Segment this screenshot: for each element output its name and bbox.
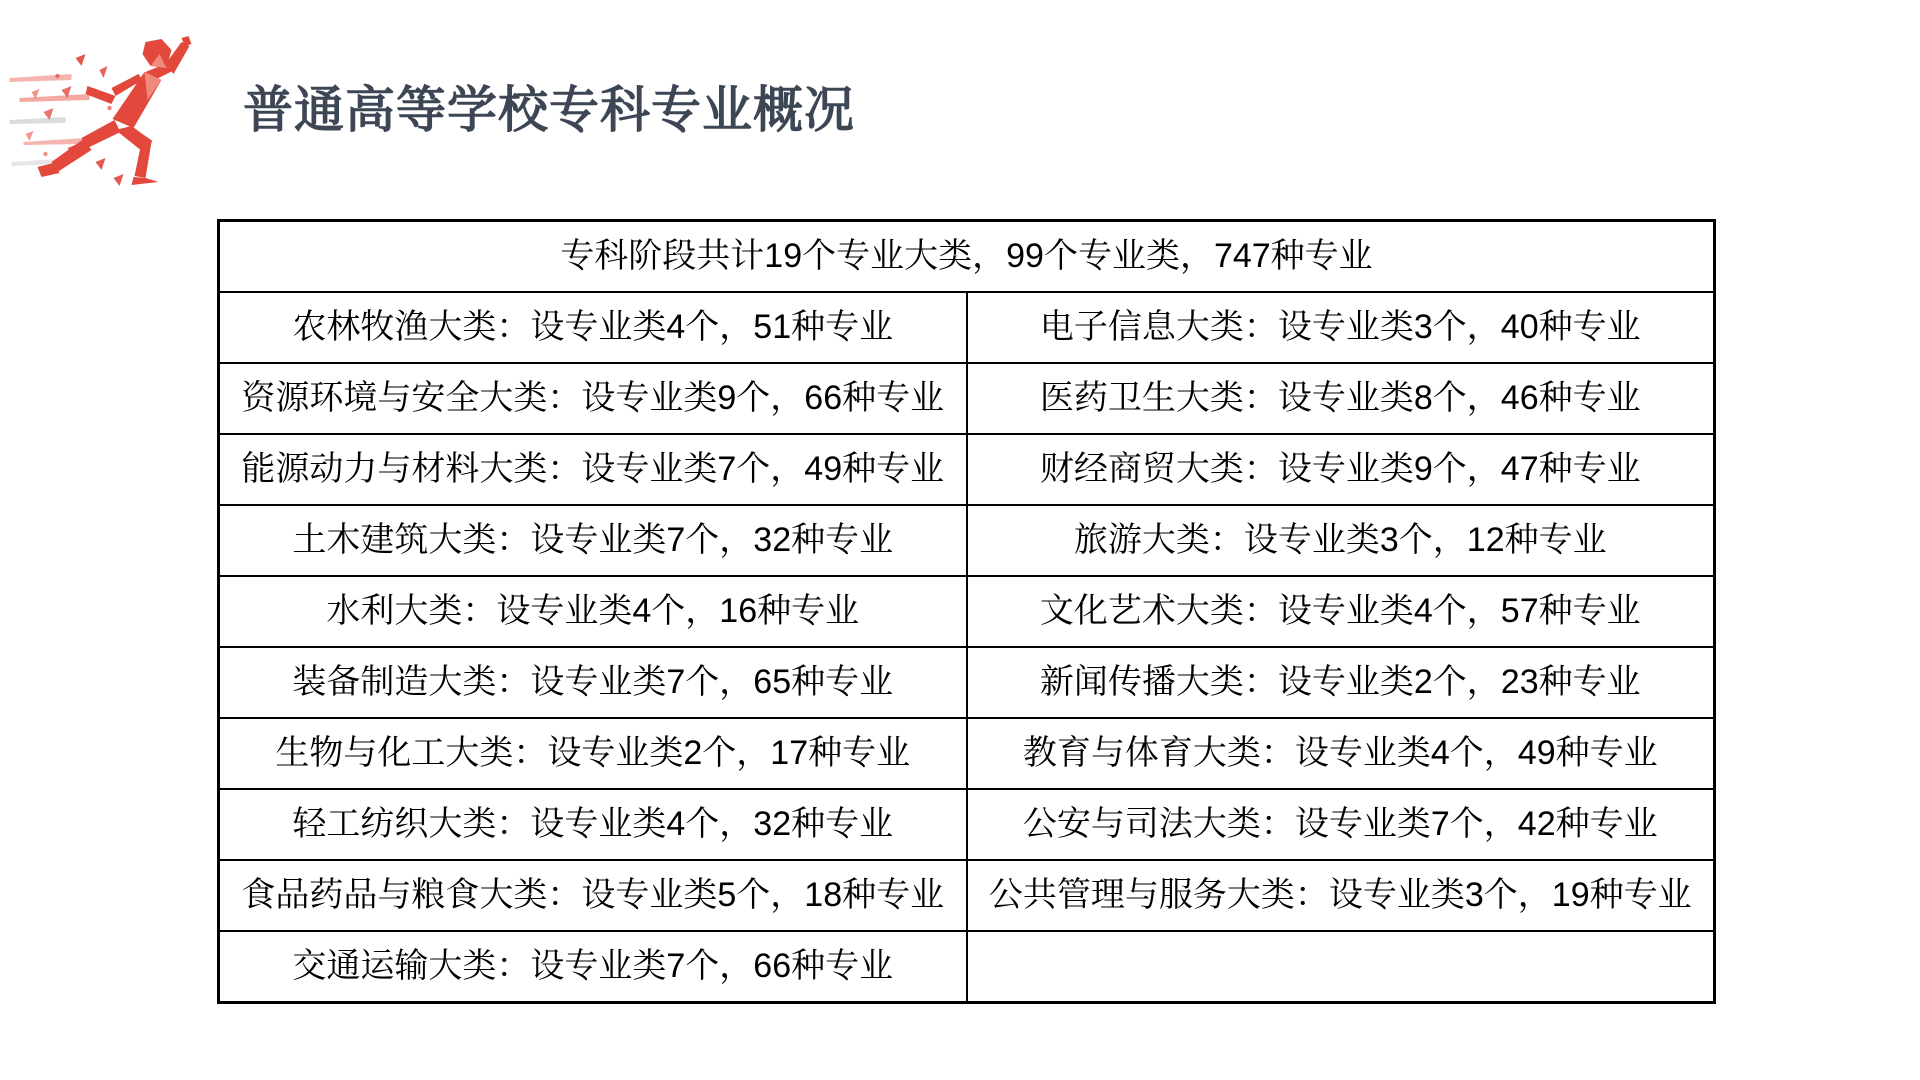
- table-row: 生物与化工大类：设专业类2个，17种专业 教育与体育大类：设专业类4个，49种专…: [219, 718, 1715, 789]
- table-cell-right: 电子信息大类：设专业类3个，40种专业: [967, 292, 1715, 363]
- table-cell-left: 生物与化工大类：设专业类2个，17种专业: [219, 718, 967, 789]
- table-cell-right: 文化艺术大类：设专业类4个，57种专业: [967, 576, 1715, 647]
- table-row: 资源环境与安全大类：设专业类9个，66种专业 医药卫生大类：设专业类8个，46种…: [219, 363, 1715, 434]
- table-cell-left: 土木建筑大类：设专业类7个，32种专业: [219, 505, 967, 576]
- table-cell-left: 交通运输大类：设专业类7个，66种专业: [219, 931, 967, 1003]
- table-cell-right: 旅游大类：设专业类3个，12种专业: [967, 505, 1715, 576]
- table-cell-right: 公安与司法大类：设专业类7个，42种专业: [967, 789, 1715, 860]
- table-cell-right: [967, 931, 1715, 1003]
- table-cell-left: 轻工纺织大类：设专业类4个，32种专业: [219, 789, 967, 860]
- running-man-logo: [8, 36, 236, 196]
- table-cell-left: 水利大类：设专业类4个，16种专业: [219, 576, 967, 647]
- table-cell-left: 农林牧渔大类：设专业类4个，51种专业: [219, 292, 967, 363]
- table-row: 能源动力与材料大类：设专业类7个，49种专业 财经商贸大类：设专业类9个，47种…: [219, 434, 1715, 505]
- table-row: 装备制造大类：设专业类7个，65种专业 新闻传播大类：设专业类2个，23种专业: [219, 647, 1715, 718]
- table-row: 农林牧渔大类：设专业类4个，51种专业 电子信息大类：设专业类3个，40种专业: [219, 292, 1715, 363]
- table-cell-left: 食品药品与粮食大类：设专业类5个，18种专业: [219, 860, 967, 931]
- table-header-row: 专科阶段共计19个专业大类，99个专业类，747种专业: [219, 221, 1715, 293]
- majors-table: 专科阶段共计19个专业大类，99个专业类，747种专业 农林牧渔大类：设专业类4…: [217, 219, 1716, 1004]
- table-row: 土木建筑大类：设专业类7个，32种专业 旅游大类：设专业类3个，12种专业: [219, 505, 1715, 576]
- table-cell-left: 装备制造大类：设专业类7个，65种专业: [219, 647, 967, 718]
- table-cell-right: 医药卫生大类：设专业类8个，46种专业: [967, 363, 1715, 434]
- runner-figure: [38, 36, 192, 185]
- table-row: 轻工纺织大类：设专业类4个，32种专业 公安与司法大类：设专业类7个，42种专业: [219, 789, 1715, 860]
- table-cell-right: 教育与体育大类：设专业类4个，49种专业: [967, 718, 1715, 789]
- table-cell-right: 新闻传播大类：设专业类2个，23种专业: [967, 647, 1715, 718]
- table-row: 食品药品与粮食大类：设专业类5个，18种专业 公共管理与服务大类：设专业类3个，…: [219, 860, 1715, 931]
- table-row: 交通运输大类：设专业类7个，66种专业: [219, 931, 1715, 1003]
- table-row: 水利大类：设专业类4个，16种专业 文化艺术大类：设专业类4个，57种专业: [219, 576, 1715, 647]
- table-header-cell: 专科阶段共计19个专业大类，99个专业类，747种专业: [219, 221, 1715, 293]
- table-cell-right: 财经商贸大类：设专业类9个，47种专业: [967, 434, 1715, 505]
- table-cell-left: 能源动力与材料大类：设专业类7个，49种专业: [219, 434, 967, 505]
- table-cell-left: 资源环境与安全大类：设专业类9个，66种专业: [219, 363, 967, 434]
- table-cell-right: 公共管理与服务大类：设专业类3个，19种专业: [967, 860, 1715, 931]
- page-title: 普通高等学校专科专业概况: [243, 84, 855, 137]
